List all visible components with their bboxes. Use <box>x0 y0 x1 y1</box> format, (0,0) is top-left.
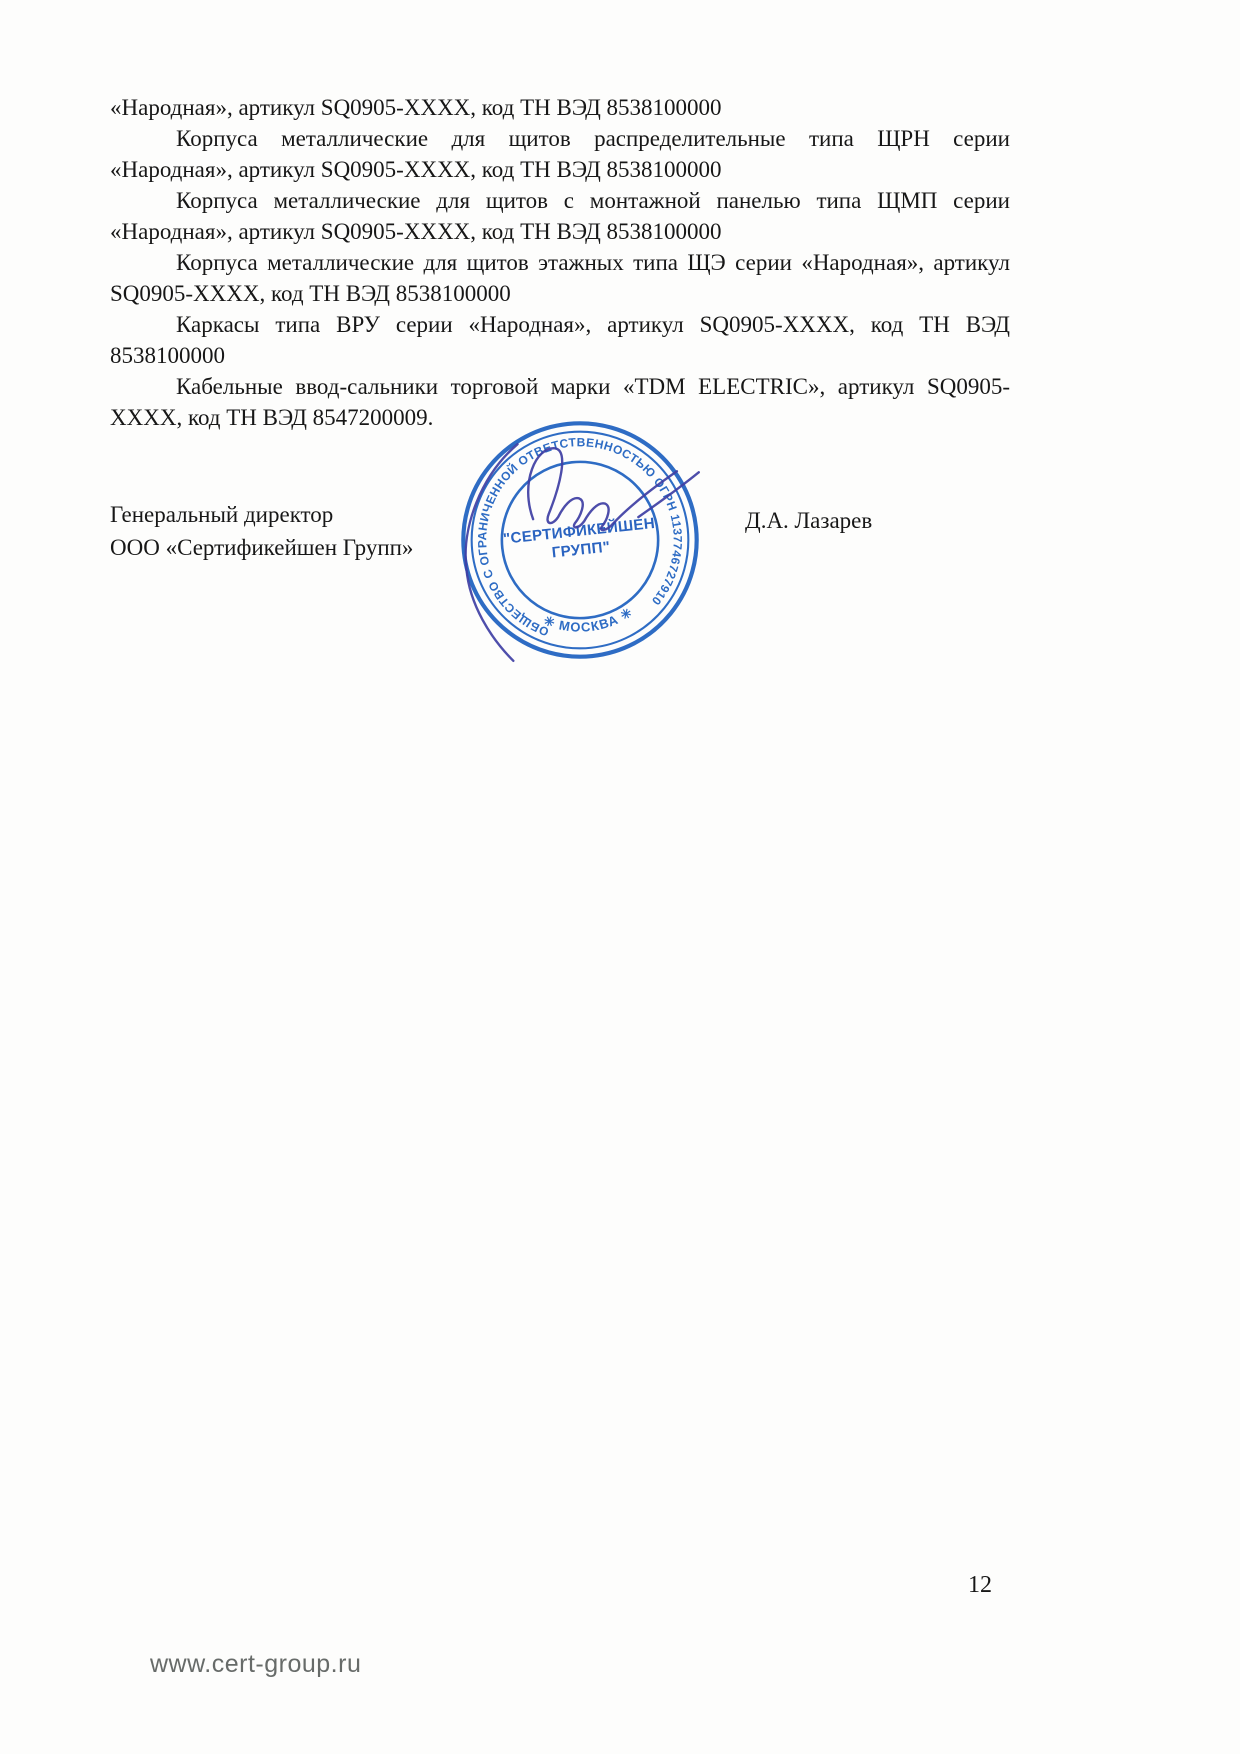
paragraph: «Народная», артикул SQ0905-XXXX, код ТН … <box>110 92 1010 123</box>
signer-name: Д.А. Лазарев <box>745 508 872 534</box>
signer-title-line2: ООО «Сертификейшен Групп» <box>110 531 413 564</box>
paragraph: Корпуса металлические для щитов распреде… <box>110 123 1010 185</box>
page-number: 12 <box>968 1572 992 1599</box>
paragraph: Каркасы типа ВРУ серии «Народная», артик… <box>110 309 1010 371</box>
stamp-seal-graphic: ОБЩЕСТВО С ОГРАНИЧЕННОЙ ОТВЕТСТВЕННОСТЬЮ… <box>455 415 705 665</box>
body-text: «Народная», артикул SQ0905-XXXX, код ТН … <box>110 92 1010 433</box>
stamp-center-line2: ГРУПП" <box>551 539 611 562</box>
company-stamp: ОБЩЕСТВО С ОГРАНИЧЕННОЙ ОТВЕТСТВЕННОСТЬЮ… <box>455 415 705 665</box>
stamp-city-text: ✳ МОСКВА ✳ <box>540 603 637 639</box>
footer-url: www.cert-group.ru <box>150 1650 361 1679</box>
paragraph: Корпуса металлические для щитов с монтаж… <box>110 185 1010 247</box>
signer-title-line1: Генеральный директор <box>110 498 413 531</box>
paragraph: Корпуса металлические для щитов этажных … <box>110 247 1010 309</box>
signer-title: Генеральный директор ООО «Сертификейшен … <box>110 498 413 564</box>
